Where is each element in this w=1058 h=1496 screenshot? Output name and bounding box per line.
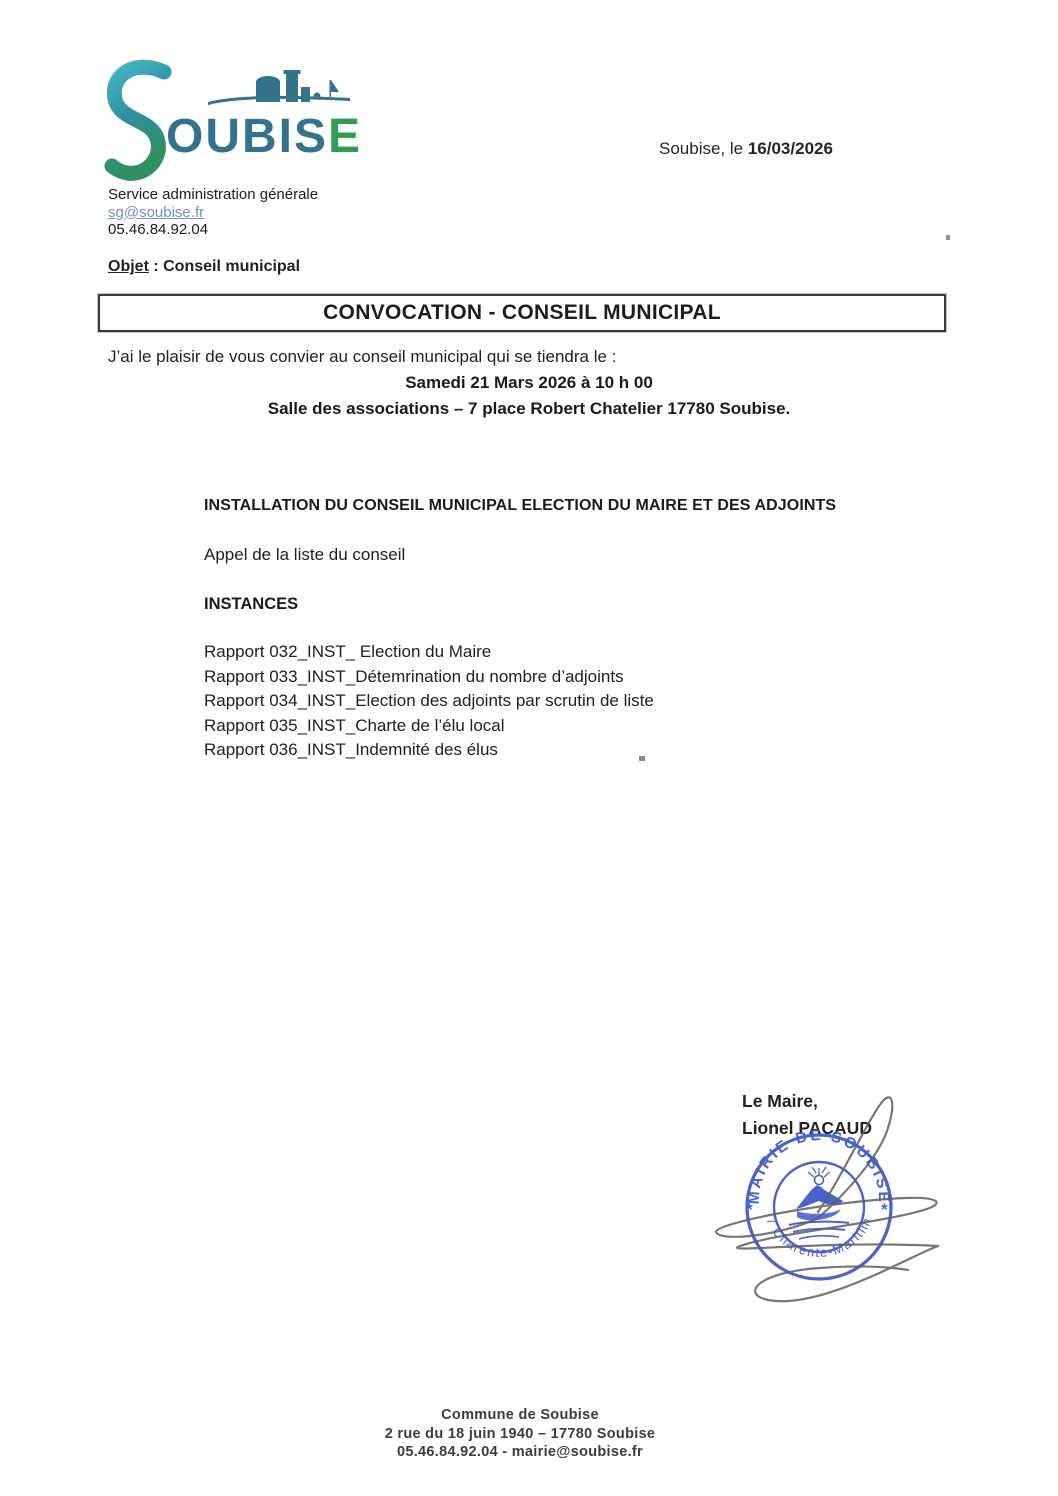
town-skyline-icon <box>208 70 350 105</box>
service-name: Service administration générale <box>108 186 318 204</box>
footer-contact: 05.46.84.92.04 - mairie@soubise.fr <box>0 1443 1040 1462</box>
objet-separator: : <box>149 258 163 275</box>
logo-wordmark-green: E <box>328 110 362 163</box>
meeting-date: Samedi 21 Mars 2026 à 10 h 00 <box>0 373 1058 393</box>
scan-speck <box>946 235 950 240</box>
appel-line: Appel de la liste du conseil <box>204 545 405 565</box>
rapport-item: Rapport 032_INST_ Election du Maire <box>204 640 654 665</box>
logo-wordmark: OUBISE <box>166 110 362 163</box>
handwritten-signature-icon <box>700 1080 970 1330</box>
rapport-item: Rapport 033_INST_Détemrination du nombre… <box>204 665 654 690</box>
date-prefix: Soubise, le <box>659 139 748 158</box>
convocation-title: CONVOCATION - CONSEIL MUNICIPAL <box>323 301 721 325</box>
rapport-list: Rapport 032_INST_ Election du Maire Rapp… <box>204 640 654 763</box>
scan-speck <box>639 756 645 761</box>
footer-commune: Commune de Soubise <box>0 1406 1040 1425</box>
logo-wordmark-teal: OUBIS <box>166 110 328 163</box>
contact-block: Service administration générale sg@soubi… <box>108 186 318 239</box>
instances-heading: INSTANCES <box>204 595 298 614</box>
installation-heading: INSTALLATION DU CONSEIL MUNICIPAL ELECTI… <box>204 497 836 515</box>
objet-line: Objet : Conseil municipal <box>108 258 300 276</box>
phone-number: 05.46.84.92.04 <box>108 221 318 239</box>
email-link[interactable]: sg@soubise.fr <box>108 204 318 222</box>
convocation-title-box: CONVOCATION - CONSEIL MUNICIPAL <box>98 294 946 332</box>
objet-value: Conseil municipal <box>163 258 300 275</box>
meeting-place: Salle des associations – 7 place Robert … <box>0 399 1058 419</box>
footer-address: 2 rue du 18 juin 1940 – 17780 Soubise <box>0 1425 1040 1444</box>
intro-sentence: J’ai le plaisir de vous convier au conse… <box>108 347 616 367</box>
rapport-item: Rapport 036_INST_Indemnité des élus <box>204 738 654 763</box>
soubise-logo: OUBISE <box>100 56 370 192</box>
logo-brush-s-icon <box>112 67 164 173</box>
date-line: Soubise, le 16/03/2026 <box>659 139 833 159</box>
rapport-item: Rapport 034_INST_Election des adjoints p… <box>204 689 654 714</box>
objet-label: Objet <box>108 258 149 275</box>
date-value: 16/03/2026 <box>748 139 833 158</box>
footer-block: Commune de Soubise 2 rue du 18 juin 1940… <box>0 1406 1040 1462</box>
rapport-item: Rapport 035_INST_Charte de l’élu local <box>204 714 654 739</box>
scanned-letter-page: OUBISE Service administration générale s… <box>0 0 1058 1496</box>
soubise-logo-graphic: OUBISE <box>100 56 370 192</box>
